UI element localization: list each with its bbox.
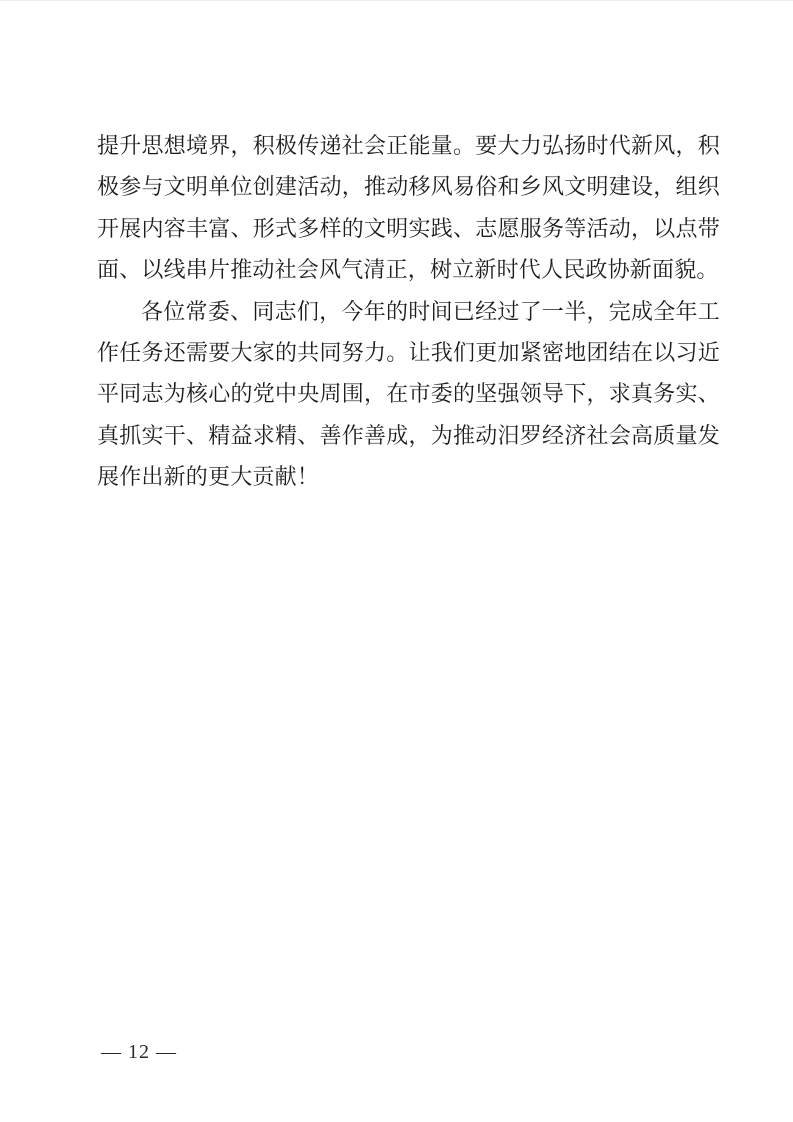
document-body: 提升思想境界，积极传递社会正能量。要大力弘扬时代新风，积极参与文明单位创建活动，…: [97, 125, 720, 498]
paragraph-continuation: 提升思想境界，积极传递社会正能量。要大力弘扬时代新风，积极参与文明单位创建活动，…: [97, 125, 720, 291]
paragraph-closing: 各位常委、同志们，今年的时间已经过了一半，完成全年工作任务还需要大家的共同努力。…: [97, 291, 720, 498]
document-page: 提升思想境界，积极传递社会正能量。要大力弘扬时代新风，积极参与文明单位创建活动，…: [0, 0, 793, 1122]
page-number: — 12 —: [101, 1041, 177, 1064]
